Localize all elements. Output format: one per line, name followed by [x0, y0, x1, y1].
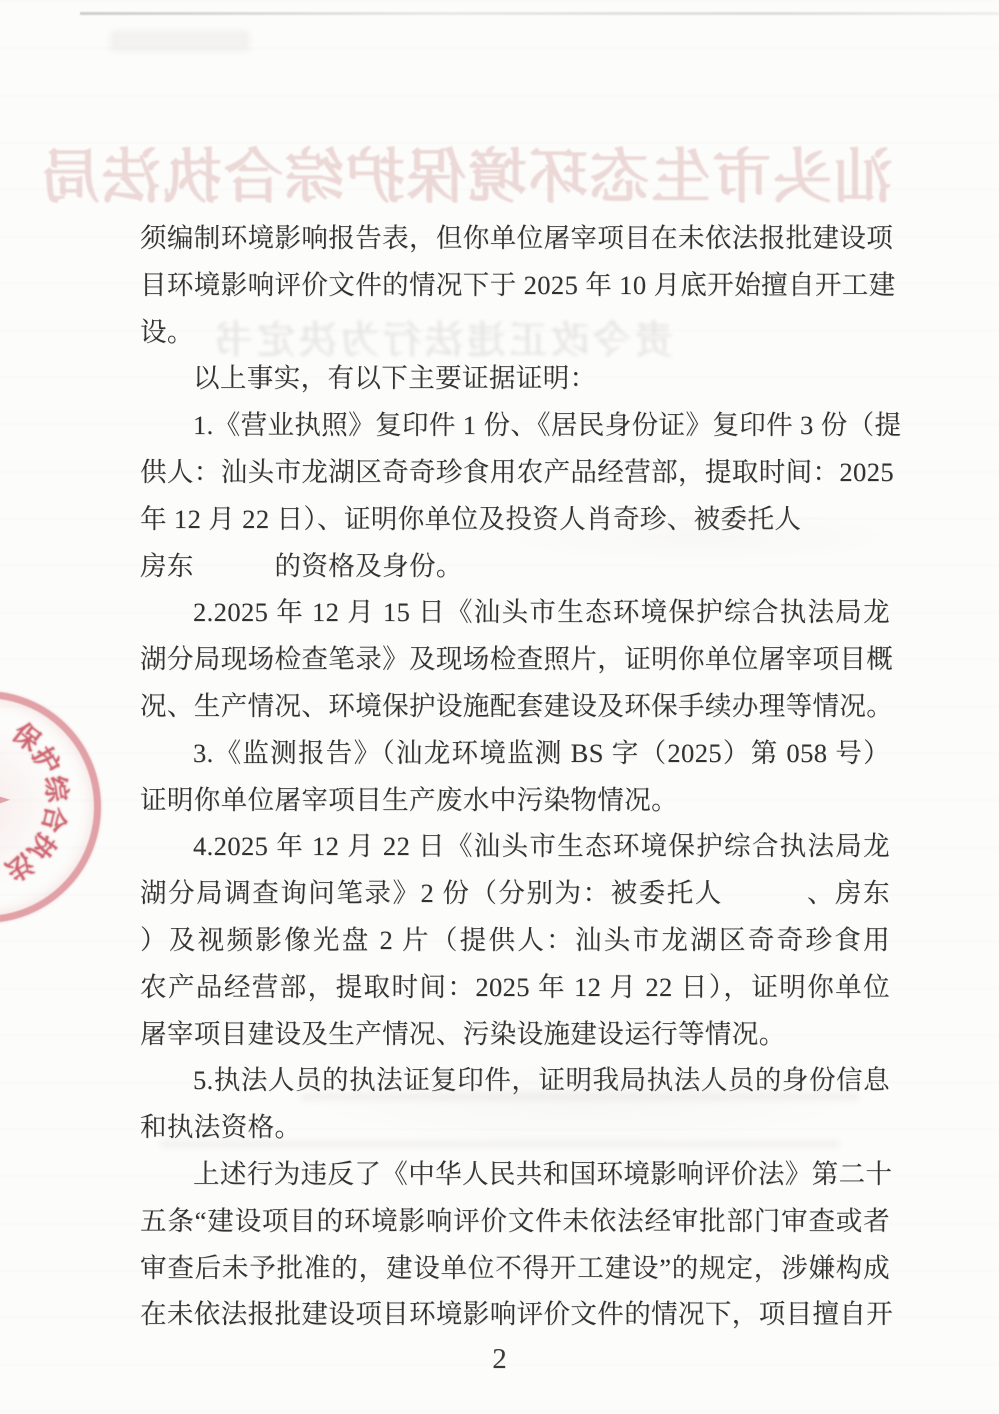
text-line: ）及视频影像光盘 2 片（提供人：汕头市龙湖区奇奇珍食用: [140, 917, 890, 964]
text-line: 农产品经营部，提取时间：2025 年 12 月 22 日），证明你单位: [140, 964, 890, 1011]
body-text-block: 须编制环境影响报告表，但你单位屠宰项目在未依法报批建设项目环境影响评价文件的情况…: [140, 215, 890, 1338]
text-line: 年 12 月 22 日）、证明你单位及投资人肖奇珍、被委托人: [140, 496, 890, 543]
text-line: 3.《监测报告》（汕龙环境监测 BS 字（2025）第 058 号）: [140, 730, 890, 777]
text-line: 上述行为违反了《中华人民共和国环境影响评价法》第二十: [140, 1151, 890, 1198]
text-line: 在未依法报批建设项目环境影响评价文件的情况下，项目擅自开: [140, 1291, 890, 1338]
bleedthrough-letterhead-text: 汕头市生态环境保护综合执法局: [103, 138, 893, 216]
text-line: 1.《营业执照》复印件 1 份、《居民身份证》复印件 3 份（提: [140, 402, 890, 449]
text-line: 以上事实，有以下主要证据证明：: [140, 355, 890, 402]
text-line: 供人：汕头市龙湖区奇奇珍食用农产品经营部，提取时间：2025: [140, 449, 890, 496]
text-line: 房东 的资格及身份。: [140, 543, 890, 590]
text-line: 屠宰项目建设及生产情况、污染设施建设运行等情况。: [140, 1011, 890, 1058]
text-line: 4.2025 年 12 月 22 日《汕头市生态环境保护综合执法局龙: [140, 823, 890, 870]
document-page: 汕头市生态环境保护综合执法局 责令改正违法行为决定书 保 护 综 合 执 法 须…: [0, 0, 999, 1414]
text-line: 证明你单位屠宰项目生产废水中污染物情况。: [140, 777, 890, 824]
page-number: 2: [0, 1343, 999, 1376]
text-line: 湖分局现场检查笔录》及现场检查照片，证明你单位屠宰项目概: [140, 636, 890, 683]
text-line: 目环境影响评价文件的情况下于 2025 年 10 月底开始擅自开工建: [140, 262, 890, 309]
text-line: 2.2025 年 12 月 15 日《汕头市生态环境保护综合执法局龙: [140, 589, 890, 636]
seal-arc-char: 综: [39, 773, 71, 805]
text-line: 湖分局调查询问笔录》2 份（分别为：被委托人 、房东: [140, 870, 890, 917]
bleedthrough-smudge: [110, 30, 250, 52]
text-line: 设。: [140, 309, 890, 356]
text-line: 审查后未予批准的，建设单位不得开工建设”的规定，涉嫌构成: [140, 1245, 890, 1292]
text-line: 况、生产情况、环境保护设施配套建设及环保手续办理等情况。: [140, 683, 890, 730]
scan-artifact-line: [80, 12, 999, 15]
text-line: 须编制环境影响报告表，但你单位屠宰项目在未依法报批建设项: [140, 215, 890, 262]
text-line: 5.执法人员的执法证复印件，证明我局执法人员的身份信息: [140, 1057, 890, 1104]
text-line: 和执法资格。: [140, 1104, 890, 1151]
text-line: 五条“建设项目的环境影响评价文件未依法经审批部门审查或者: [140, 1198, 890, 1245]
